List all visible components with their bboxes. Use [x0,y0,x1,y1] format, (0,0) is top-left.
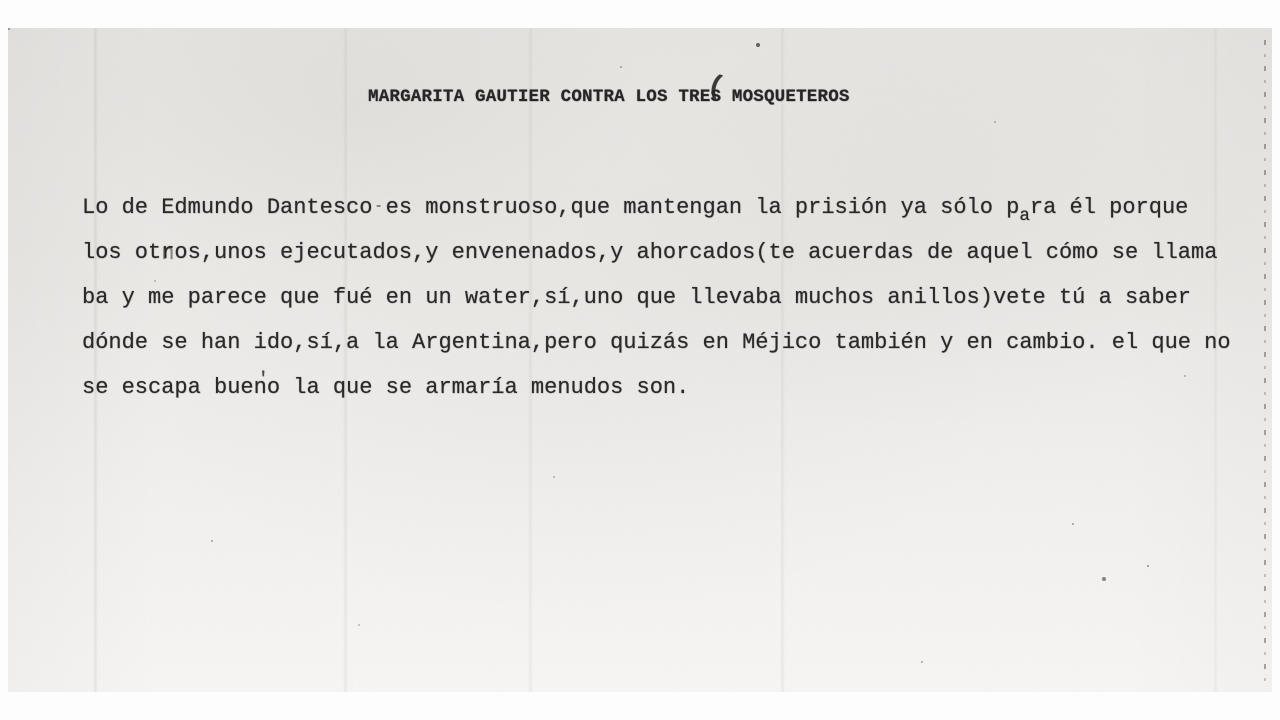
text-run: los ot [82,240,161,265]
text-segment: os,unos ejecutados,y envenenados,y ahorc… [174,230,1217,275]
text-run: a [1019,206,1030,226]
text-run: Lo de Edmundo Dantesco [82,195,372,220]
text-segment: se escapa bue [82,365,254,410]
text-run: es monstruoso,que mantengan la prisión y… [386,195,1020,220]
text-segment-tick-above: n' [254,365,267,410]
text-run: dónde se han ido,sí,a la Argentina,pero … [82,330,1231,355]
text-run: n [254,375,267,400]
scanned-document-page: MARGARITA GAUTIER CONTRA LOS TRES( MOSQU… [8,28,1272,692]
typewritten-line: dónde se han ido,sí,a la Argentina,pero … [82,320,1231,365]
text-run: ba y me parece que fué en un water,sí,un… [82,285,1191,310]
document-title: MARGARITA GAUTIER CONTRA LOS TRES( MOSQU… [368,84,850,110]
typewritten-line: ba y me parece que fué en un water,sí,un… [82,275,1231,320]
text-segment: ra él porque [1030,185,1188,230]
scan-specks [8,28,10,30]
text-segment: es monstruoso,que mantengan la prisión y… [386,185,1020,230]
typewritten-line: se escapa buen'o la que se armaría menud… [82,365,1231,410]
text-segment: los ot [82,230,161,275]
text-run: MARGARITA GAUTIER CONTRA LOS TRE [368,87,710,107]
screenshot-stage: MARGARITA GAUTIER CONTRA LOS TRES( MOSQU… [0,0,1280,720]
text-segment: MARGARITA GAUTIER CONTRA LOS TRE [368,84,710,110]
text-run: r [161,240,174,265]
text-run: MOSQUETEROS [721,87,849,107]
text-segment: ba y me parece que fué en un water,sí,un… [82,275,1191,320]
text-run: S [710,87,721,107]
text-segment-double-struck: rn [161,230,174,275]
text-segment-strike-flourish: S( [710,84,721,110]
text-segment: Lo de Edmundo Dantesco [82,185,372,230]
typewritten-paragraph: Lo de Edmundo Dantesco-es monstruoso,que… [82,185,1231,410]
typewritten-line: los otrnos,unos ejecutados,y envenenados… [82,230,1231,275]
text-run: os,unos ejecutados,y envenenados,y ahorc… [174,240,1217,265]
text-run: o la que se armaría menudos son. [267,375,689,400]
text-segment: o la que se armaría menudos son. [267,365,689,410]
text-run: ra él porque [1030,195,1188,220]
typewritten-line: Lo de Edmundo Dantesco-es monstruoso,que… [82,185,1231,230]
text-run: se escapa bue [82,375,254,400]
text-segment: MOSQUETEROS [721,84,849,110]
text-run: - [375,199,383,215]
scan-edge-artifact [1264,40,1266,686]
text-segment-faint-mark: - [375,192,383,220]
text-segment: dónde se han ido,sí,a la Argentina,pero … [82,320,1231,365]
